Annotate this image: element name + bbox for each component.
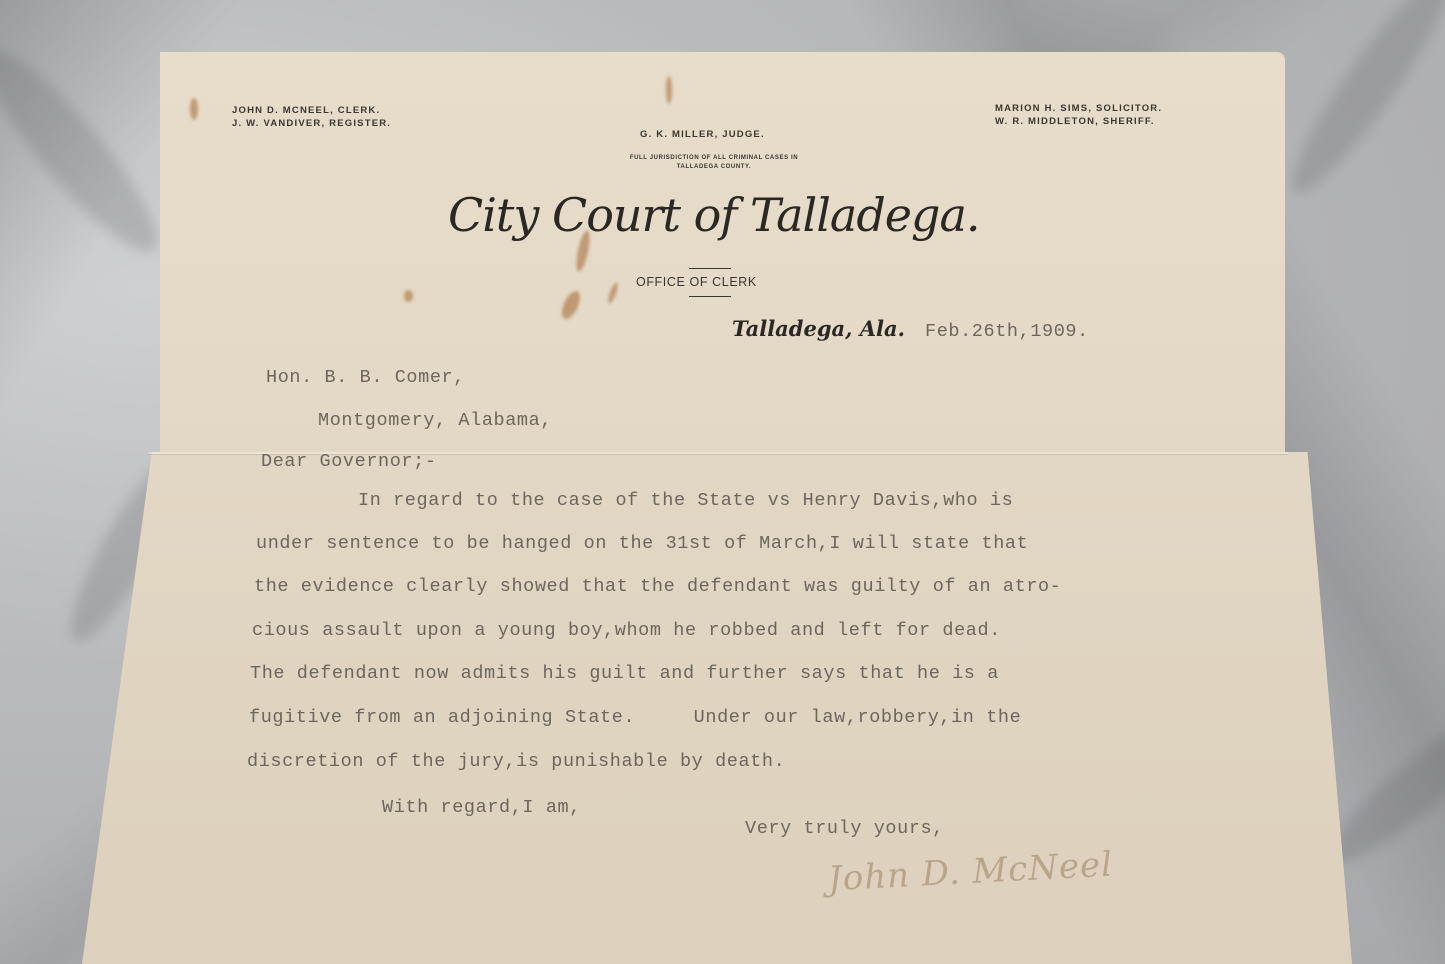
court-title: City Court of Talladega. [448,188,1008,242]
letterhead-judge: G. K. Miller, Judge. [640,128,765,141]
body-line: The defendant now admits his guilt and f… [250,663,999,684]
letterhead-jurisdiction: Full Jurisdiction of all Criminal Cases … [596,154,832,172]
letterhead-clerk: John D. McNeel, Clerk. [232,104,391,117]
recipient-name: Hon. B. B. Comer, [266,367,465,388]
letter-document: John D. McNeel, Clerk. J. W. Vandiver, R… [0,0,1445,964]
body-line: In regard to the case of the State vs He… [358,490,1013,511]
body-line: fugitive from an adjoining State. Under … [249,707,1021,728]
divider [689,268,731,269]
letterhead-sheriff: W. R. Middleton, Sheriff. [995,115,1162,128]
letterhead-solicitor-sheriff: Marion H. Sims, Solicitor. W. R. Middlet… [995,102,1162,128]
office-label: OFFICE OF CLERK [636,275,757,289]
jurisdiction-line: Talladega County. [596,163,832,172]
body-line: discretion of the jury,is punishable by … [247,751,785,772]
rust-stain [404,290,413,302]
divider [689,296,731,297]
salutation: Dear Governor;- [261,451,437,472]
closing-line: With regard,I am, [382,797,581,818]
letterhead-clerk-register: John D. McNeel, Clerk. J. W. Vandiver, R… [232,104,391,130]
rust-stain [190,98,198,120]
jurisdiction-line: Full Jurisdiction of all Criminal Cases … [596,154,832,163]
body-line: cious assault upon a young boy,whom he r… [252,620,1001,641]
recipient-location: Montgomery, Alabama, [318,410,552,431]
complimentary-close: Very truly yours, [745,818,944,839]
letter-place: Talladega, Ala. [732,316,905,341]
rust-stain [666,76,672,104]
body-line: under sentence to be hanged on the 31st … [256,533,1028,554]
letterhead-register: J. W. Vandiver, Register. [232,117,391,130]
letter-date: Feb.26th,1909. [925,321,1089,342]
letterhead-solicitor: Marion H. Sims, Solicitor. [995,102,1162,115]
body-line: the evidence clearly showed that the def… [254,576,1061,597]
